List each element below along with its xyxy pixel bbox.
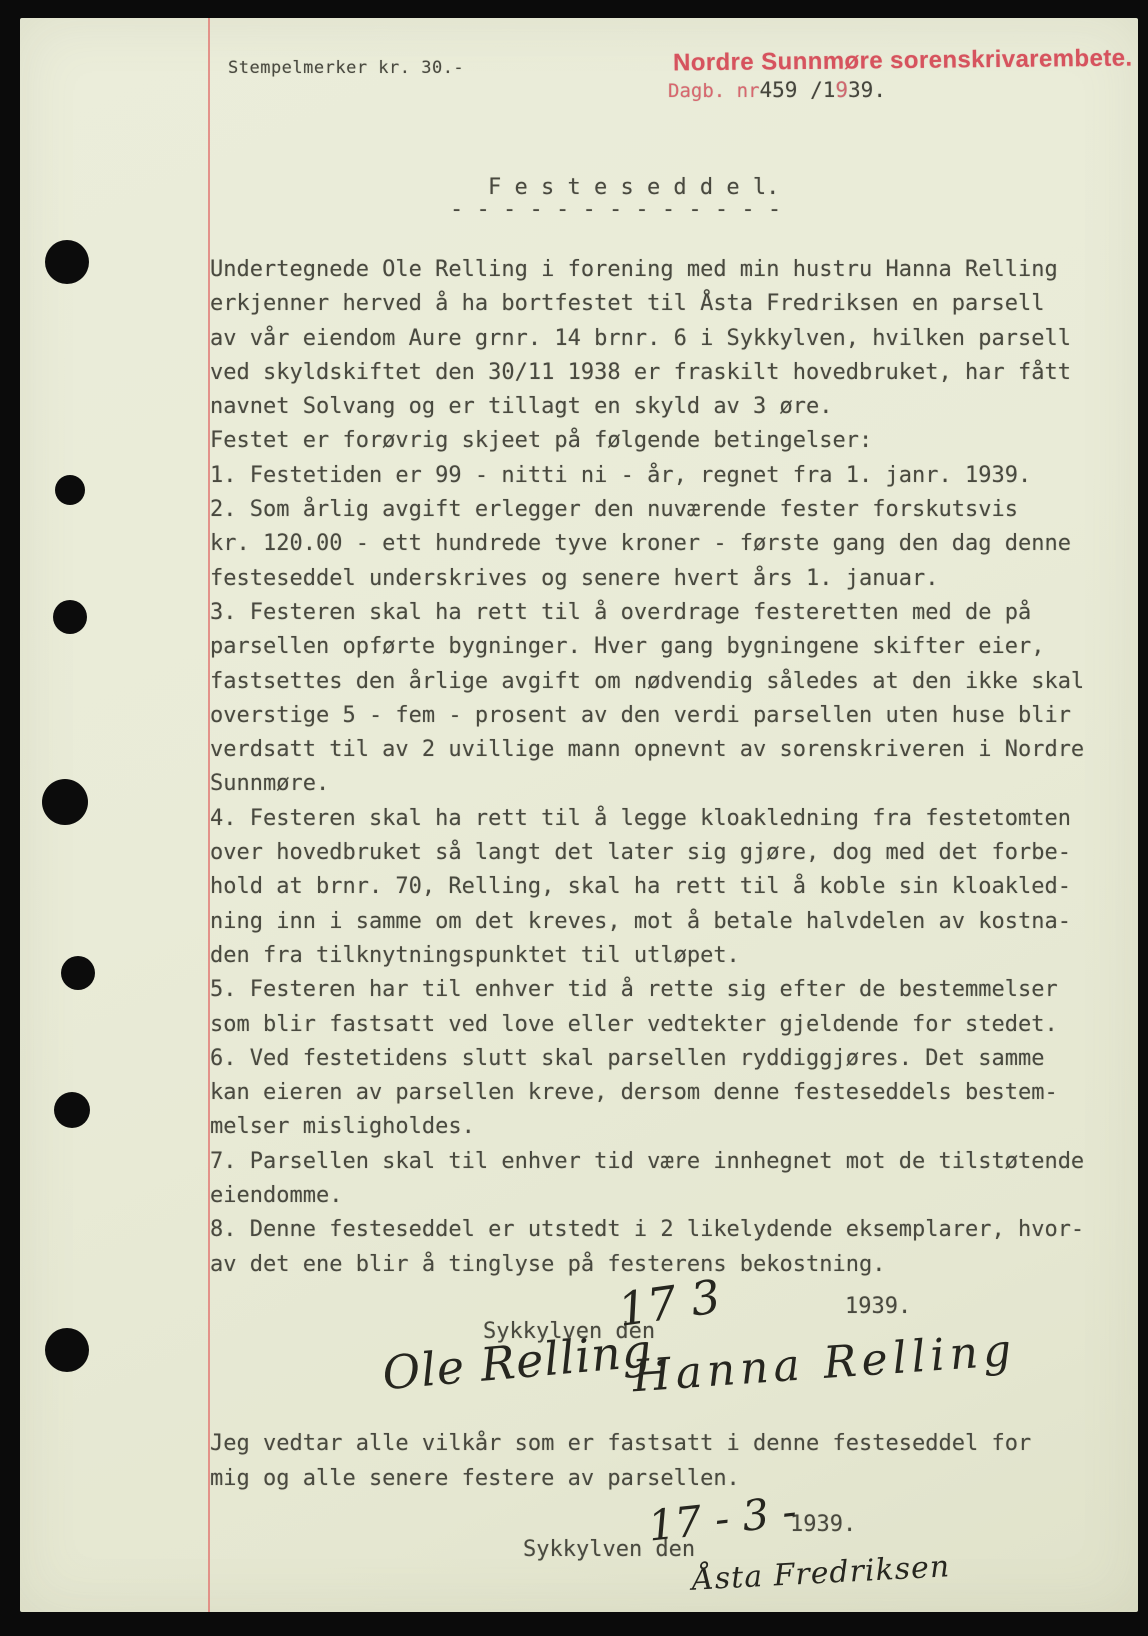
handwritten-acceptance-day: 17 - 3 - bbox=[646, 1486, 799, 1550]
signature-hanna-relling: Hanna Relling bbox=[631, 1325, 1018, 1403]
text-line: 8. Denne festeseddel er utstedt i 2 like… bbox=[210, 1213, 1084, 1247]
text-line: 2. Som årlig avgift erlegger den nuværen… bbox=[210, 493, 1084, 527]
text-line: parsellen opførte bygninger. Hver gang b… bbox=[210, 630, 1084, 664]
text-line: 3. Festeren skal ha rett til å overdrage… bbox=[210, 596, 1084, 630]
text-line: hold at brnr. 70, Relling, skal ha rett … bbox=[210, 870, 1084, 904]
journal-number-part: Dagb. nr bbox=[668, 80, 760, 102]
journal-number-part: 39. bbox=[848, 78, 886, 102]
text-line: Festet er forøvrig skjeet på følgende be… bbox=[210, 424, 1084, 458]
text-line: kan eieren av parsellen kreve, dersom de… bbox=[210, 1076, 1084, 1110]
text-line: ved skyldskiftet den 30/11 1938 er frask… bbox=[210, 356, 1084, 390]
text-line: Jeg vedtar alle vilkår som er fastsatt i… bbox=[210, 1426, 1031, 1461]
text-line: 7. Parsellen skal til enhver tid være in… bbox=[210, 1145, 1084, 1179]
text-line: 1. Festetiden er 99 - nitti ni - år, reg… bbox=[210, 459, 1084, 493]
text-line: overstige 5 - fem - prosent av den verdi… bbox=[210, 699, 1084, 733]
stamp-fee-note: Stempelmerker kr. 30.- bbox=[228, 58, 464, 78]
text-line: Undertegnede Ole Relling i forening med … bbox=[210, 253, 1084, 287]
execution-year: 1939. bbox=[845, 1294, 911, 1319]
text-line: festeseddel underskrives og senere hvert… bbox=[210, 562, 1084, 596]
acceptance-text: Jeg vedtar alle vilkår som er fastsatt i… bbox=[210, 1426, 1031, 1496]
signature-asta-fredriksen: Åsta Fredriksen bbox=[691, 1549, 951, 1597]
punch-hole bbox=[45, 1328, 89, 1372]
punch-hole bbox=[42, 779, 88, 825]
text-line: av det ene blir å tinglyse på festerens … bbox=[210, 1248, 1084, 1282]
title-underline: - - - - - - - - - - - - - bbox=[450, 197, 781, 222]
text-line: ning inn i samme om det kreves, mot å be… bbox=[210, 905, 1084, 939]
punch-hole bbox=[53, 600, 87, 634]
punch-hole bbox=[61, 956, 95, 990]
text-line: Sunnmøre. bbox=[210, 767, 1084, 801]
journal-number-part: 9 bbox=[835, 78, 848, 102]
scan-background: { "stamp": { "office_line": "Nordre Sunn… bbox=[0, 0, 1148, 1636]
text-line: kr. 120.00 - ett hundrede tyve kroner - … bbox=[210, 527, 1084, 561]
text-line: verdsatt til av 2 uvillige mann opnevnt … bbox=[210, 733, 1084, 767]
office-stamp: Nordre Sunnmøre sorenskrivarembete. bbox=[673, 45, 1133, 78]
deed-body-text: Undertegnede Ole Relling i forening med … bbox=[210, 253, 1084, 1282]
text-line: eiendomme. bbox=[210, 1179, 1084, 1213]
journal-number-line: Dagb. nr459 /1939. bbox=[668, 78, 886, 102]
text-line: erkjenner herved å ha bortfestet til Åst… bbox=[210, 287, 1084, 321]
text-line: 6. Ved festetidens slutt skal parsellen … bbox=[210, 1042, 1084, 1076]
text-line: 4. Festeren skal ha rett til å legge klo… bbox=[210, 802, 1084, 836]
journal-number-part: 459 /1 bbox=[760, 78, 836, 102]
text-line: 5. Festeren har til enhver tid å rette s… bbox=[210, 973, 1084, 1007]
punch-hole bbox=[55, 475, 85, 505]
text-line: over hovedbruket så langt det later sig … bbox=[210, 836, 1084, 870]
text-line: som blir fastsatt ved love eller vedtekt… bbox=[210, 1008, 1084, 1042]
text-line: melser misligholdes. bbox=[210, 1110, 1084, 1144]
text-line: navnet Solvang og er tillagt en skyld av… bbox=[210, 390, 1084, 424]
text-line: den fra tilknytningspunktet til utløpet. bbox=[210, 939, 1084, 973]
acceptance-year: 1939. bbox=[790, 1512, 856, 1537]
punch-hole bbox=[54, 1092, 90, 1128]
punch-hole bbox=[45, 240, 89, 284]
text-line: fastsettes den årlige avgift om nødvendi… bbox=[210, 665, 1084, 699]
document-page: Stempelmerker kr. 30.- Nordre Sunnmøre s… bbox=[20, 18, 1138, 1612]
text-line: mig og alle senere festere av parsellen. bbox=[210, 1461, 1031, 1496]
text-line: av vår eiendom Aure grnr. 14 brnr. 6 i S… bbox=[210, 322, 1084, 356]
